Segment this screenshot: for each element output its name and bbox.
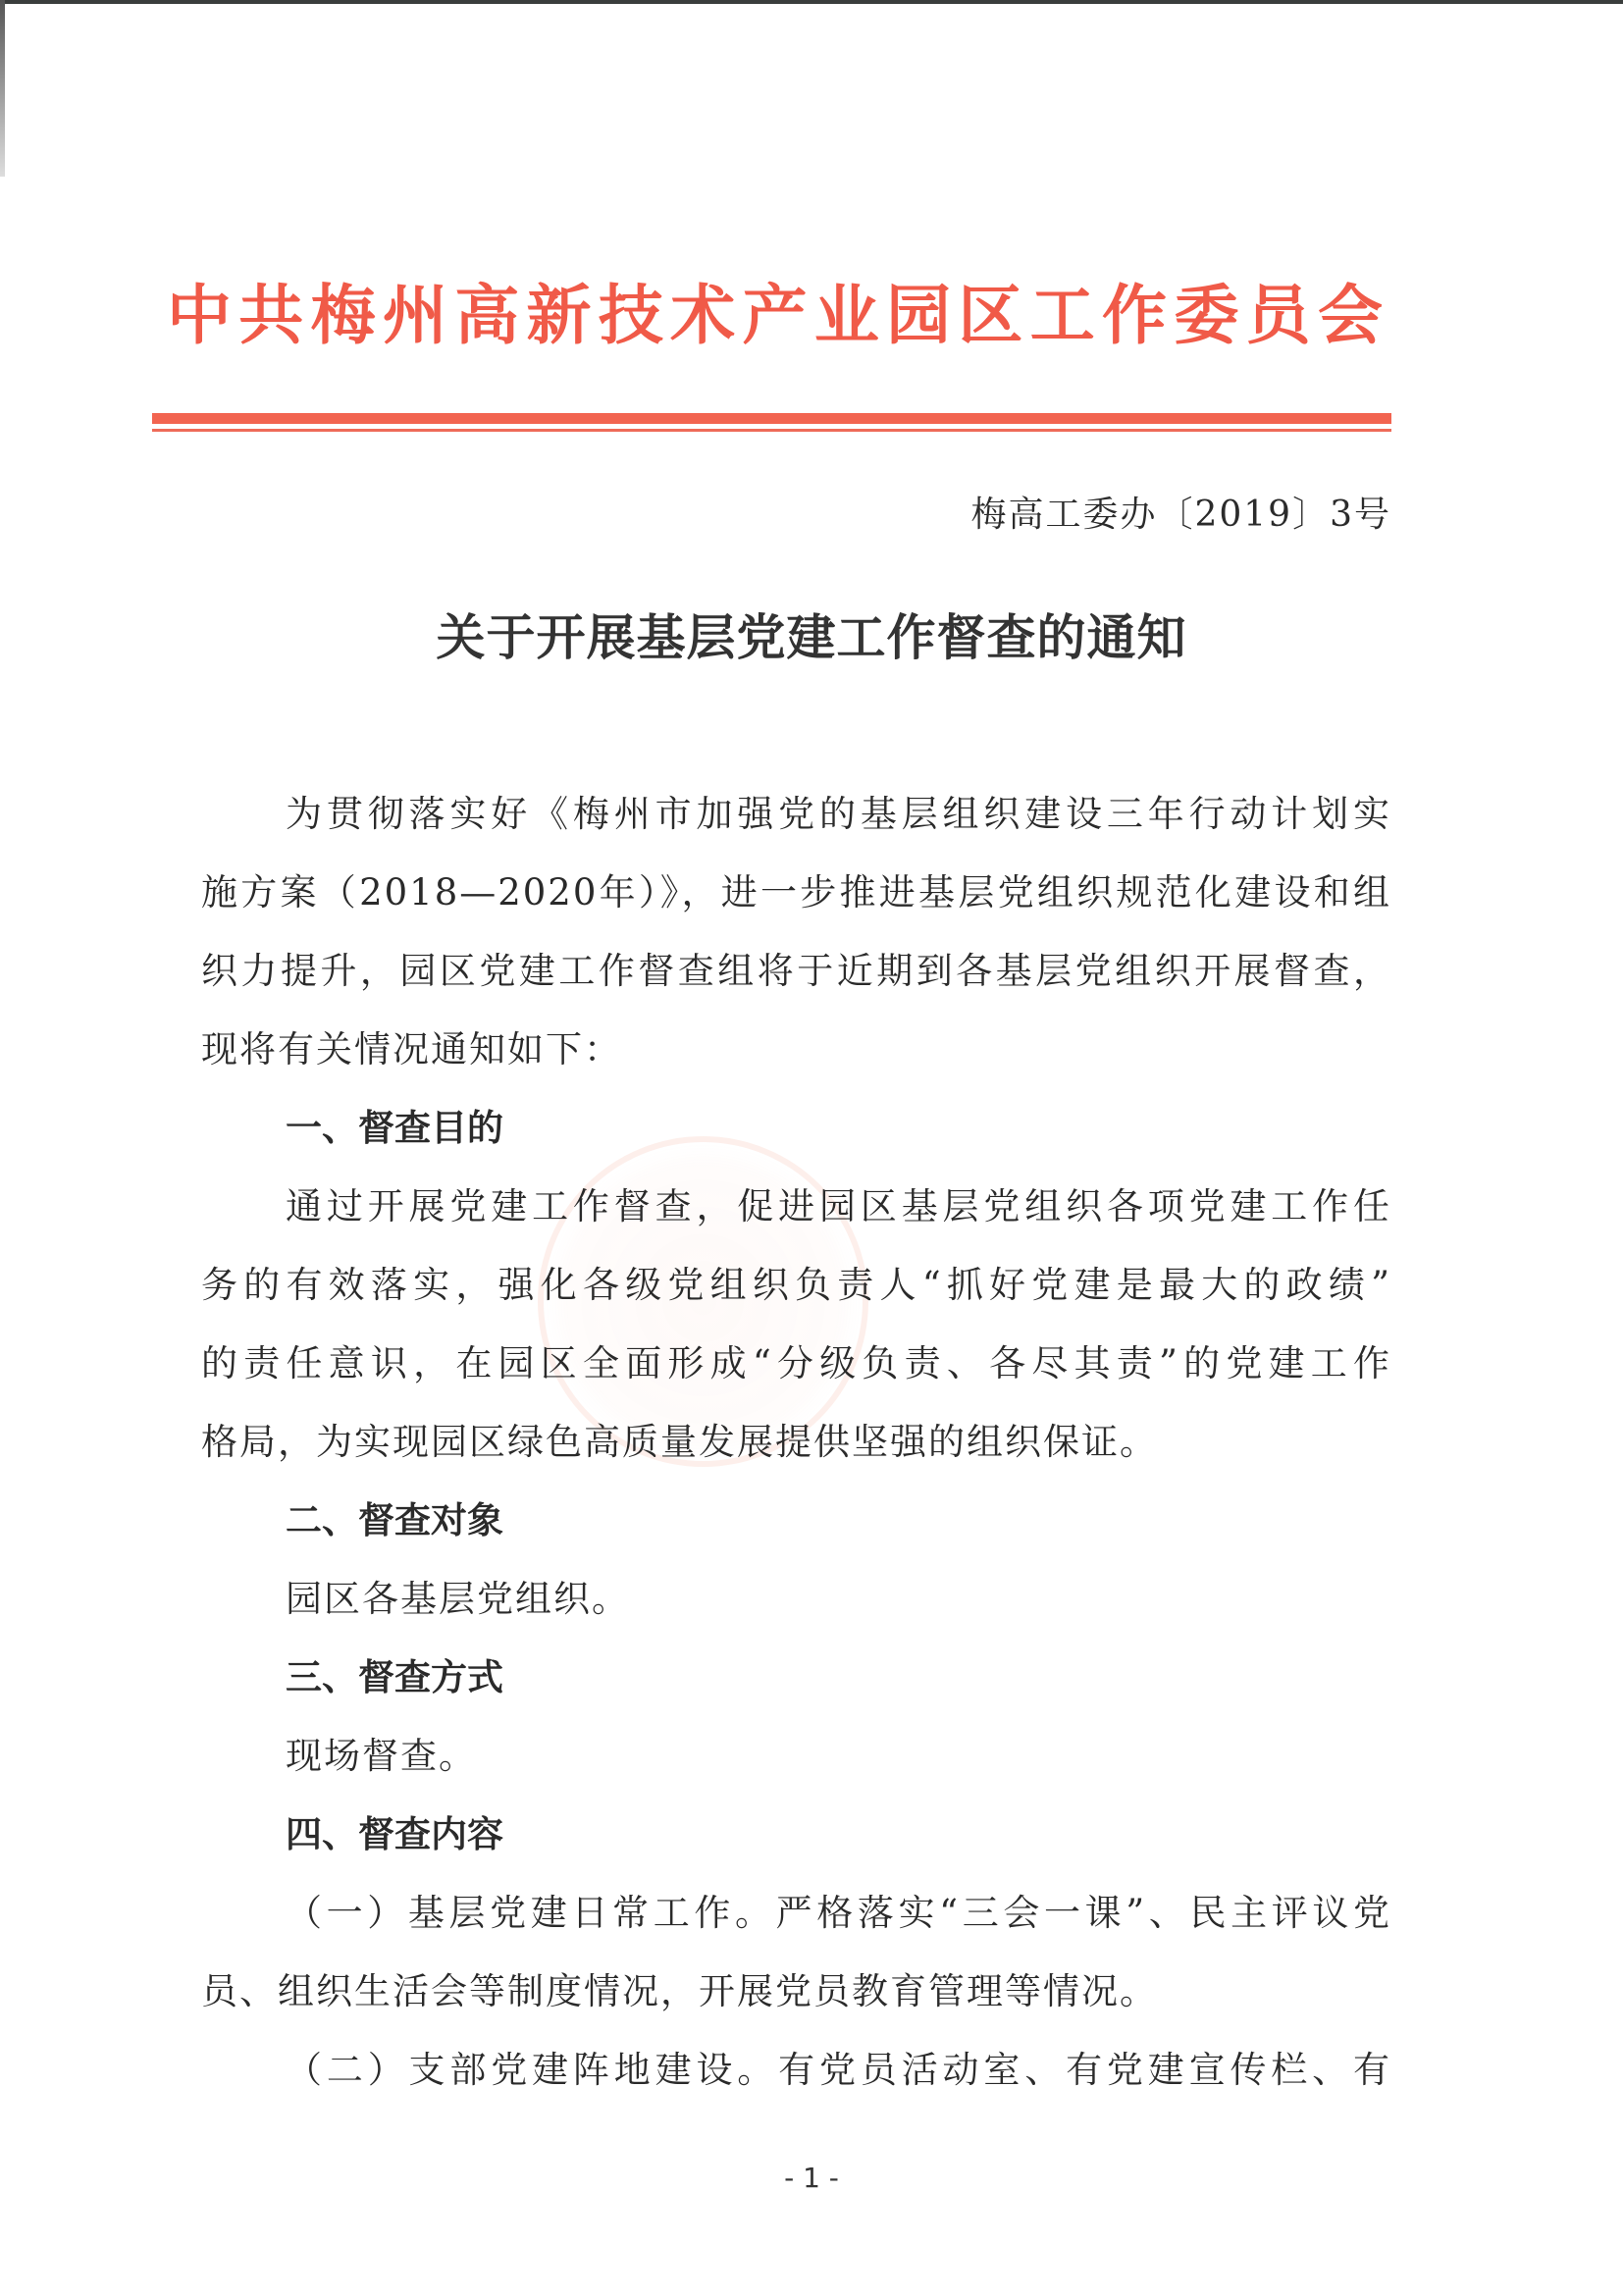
page-number: - 1 - [0,2159,1623,2198]
body-line: 为贯彻落实好《梅州市加强党的基层组织建设三年行动计划实 [201,775,1391,854]
body-line: 织力提升，园区党建工作督查组将于近期到各基层党组织开展督查， [201,932,1391,1011]
document-number: 梅高工委办〔2019〕3号 [970,491,1391,540]
section-heading: 三、督查方式 [201,1639,1391,1717]
red-header-rule-thin [152,429,1391,432]
section-heading: 一、督查目的 [201,1089,1391,1168]
body-line: 的责任意识，在园区全面形成“分级负责、各尽其责”的党建工作 [201,1325,1391,1403]
body-line: 务的有效落实，强化各级党组织负责人“抓好党建是最大的政绩” [201,1246,1391,1325]
body-line: 格局，为实现园区绿色高质量发展提供坚强的组织保证。 [201,1403,1391,1482]
scan-edge-left [0,0,5,177]
red-header-rule-thick [152,413,1391,424]
red-header-organization: 中共梅州高新技术产业园区工作委员会 [167,271,1388,359]
document-body: 为贯彻落实好《梅州市加强党的基层组织建设三年行动计划实 施方案（2018—202… [201,775,1391,2110]
document-title: 关于开展基层党建工作督查的通知 [0,606,1623,669]
body-line: 现将有关情况通知如下： [201,1011,1391,1089]
body-line: （二）支部党建阵地建设。有党员活动室、有党建宣传栏、有 [201,2031,1391,2110]
body-line: 施方案（2018—2020年）》，进一步推进基层党组织规范化建设和组 [201,854,1391,932]
section-heading: 四、督查内容 [201,1796,1391,1874]
body-line: 员、组织生活会等制度情况，开展党员教育管理等情况。 [201,1953,1391,2031]
body-line: 园区各基层党组织。 [201,1560,1391,1639]
body-line: （一）基层党建日常工作。严格落实“三会一课”、民主评议党 [201,1874,1391,1953]
section-heading: 二、督查对象 [201,1482,1391,1560]
scan-edge [0,0,1623,4]
body-line: 现场督查。 [201,1717,1391,1796]
body-line: 通过开展党建工作督查，促进园区基层党组织各项党建工作任 [201,1168,1391,1246]
